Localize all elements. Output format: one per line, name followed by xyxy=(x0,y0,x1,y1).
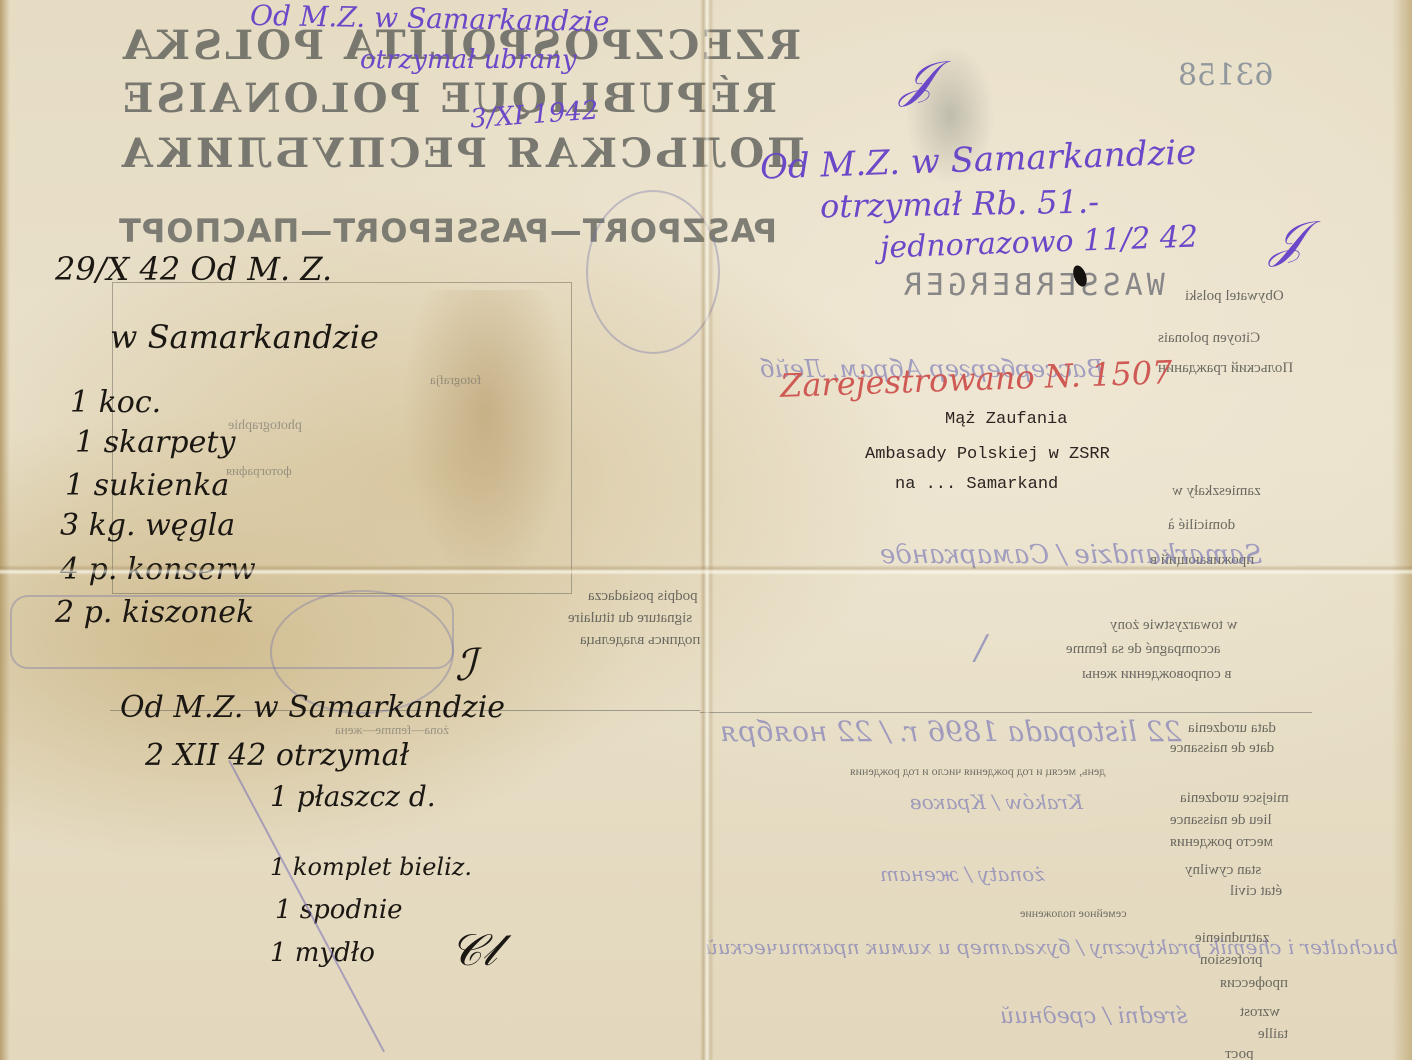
photo-label-ru: фотография xyxy=(226,463,292,479)
signature-violet-top: 𝒥 xyxy=(900,50,935,109)
violet-note-right-1: Od M.Z. w Samarkandzie xyxy=(759,132,1197,187)
paper-edge-left xyxy=(0,0,10,1060)
field-wife-ru: в сопровождении жены xyxy=(1082,666,1232,683)
note-line-2: w Samarkandzie xyxy=(110,318,379,356)
field-citizen-pl: Obywatel polski xyxy=(1185,288,1284,305)
note-line-12: 1 komplet bieliz. xyxy=(270,853,472,881)
signature-violet-right: 𝒥 xyxy=(1270,210,1305,269)
note-line-3: 1 koc. xyxy=(70,385,161,420)
field-wife-value: / xyxy=(975,628,986,668)
field-wife-fr: accompagné de sa femme xyxy=(1066,641,1221,658)
field-profession-ru: профессия xyxy=(1220,975,1288,992)
field-civil-value: żonaty / женат xyxy=(880,862,1045,886)
violet-note-top-1: Od M.Z. w Samarkandzie xyxy=(250,0,610,38)
field-residence-pl: zamieszkały w xyxy=(1172,483,1261,500)
passport-page: RZECZPOSPOLITA POLSKA RÉPUBLIQUE POLONAI… xyxy=(0,0,1412,1060)
photo-label-pl: fotografja xyxy=(430,372,481,388)
field-citizen-ru: Польский гражданин xyxy=(1158,360,1293,377)
field-pob-value: Kraków / Краков xyxy=(910,790,1083,814)
header-line-2: RÉPUBLIQUE POLONAISE xyxy=(120,75,777,122)
photo-label-fr: photographie xyxy=(228,418,302,434)
signature-label-ru: подпись владельца xyxy=(580,632,700,649)
fold-vertical xyxy=(700,0,714,1060)
note-line-11: 1 płaszcz d. xyxy=(270,780,436,813)
signature-mz: 𝒞𝓁 xyxy=(450,925,497,976)
field-height-fr: taille xyxy=(1258,1026,1288,1043)
note-line-1: 29/X 42 Od M. Z. xyxy=(55,250,332,288)
divider-right xyxy=(700,712,1312,713)
violet-note-right-2: otrzymał Rb. 51.- xyxy=(820,183,1100,226)
field-residence-fr: domicilié à xyxy=(1168,517,1235,534)
note-line-13: 1 spodnie xyxy=(275,895,403,925)
stamp-line-3: na ... Samarkand xyxy=(895,475,1058,494)
field-pob-fr: lieu de naissance xyxy=(1170,812,1272,829)
field-dob-ru: число и год рождения день, месяц и год р… xyxy=(850,764,1106,779)
note-line-9: Od M.Z. w Samarkandzie xyxy=(120,690,505,725)
stamp-line-2: Ambasady Polskiej w ZSRR xyxy=(865,445,1110,464)
field-wife-pl: w towarzystwie żony xyxy=(1110,617,1237,634)
violet-note-right-3: jednorazowo 11/2 42 xyxy=(879,219,1198,265)
violet-note-top-2: otrzymał ubrany xyxy=(360,45,577,75)
field-civil-pl: stan cywilny xyxy=(1185,862,1261,879)
field-dob-value: 22 listopada 1896 r. / 22 ноября xyxy=(720,715,1182,748)
signature-label-fr: signature du titulaire xyxy=(568,610,692,627)
field-civil-ru: семейное положение xyxy=(1020,906,1127,921)
stamp-line-1: Mąż Zaufania xyxy=(945,410,1067,429)
field-citizen-fr: Citoyen polonais xyxy=(1158,330,1260,347)
field-pob-pl: miejsce urodzenia xyxy=(1180,790,1289,807)
signature-label-pl: podpis posiadacza xyxy=(588,588,698,605)
signature-mark: ℐ xyxy=(455,640,476,691)
paper-edge-right xyxy=(1392,0,1412,1060)
fold-horizontal xyxy=(0,565,1412,575)
note-line-8: 2 p. kiszonek xyxy=(55,595,254,630)
serial-number: 63158 xyxy=(1178,58,1273,93)
note-line-4: 1 skarpety xyxy=(75,425,235,460)
note-line-14: 1 mydło xyxy=(270,938,375,968)
field-civil-fr: état civil xyxy=(1230,883,1282,900)
field-dob-fr: date de naissance xyxy=(1170,740,1274,757)
holder-name: WASSERBERGER xyxy=(900,268,1165,303)
field-height-value: średni / средний xyxy=(1000,1004,1188,1029)
field-height-ru: рост xyxy=(1225,1046,1254,1060)
note-line-10: 2 XII 42 otrzymał xyxy=(145,738,409,773)
note-line-6: 3 kg. węgla xyxy=(60,508,235,543)
field-pob-ru: место рождения xyxy=(1170,834,1273,851)
field-profession-value: buchalter i chemik praktyczny / бухгалте… xyxy=(705,935,1398,959)
field-dob-pl: data urodzenia xyxy=(1188,720,1276,737)
note-line-5: 1 sukienka xyxy=(65,468,229,503)
field-height-pl: wzrost xyxy=(1240,1004,1280,1021)
